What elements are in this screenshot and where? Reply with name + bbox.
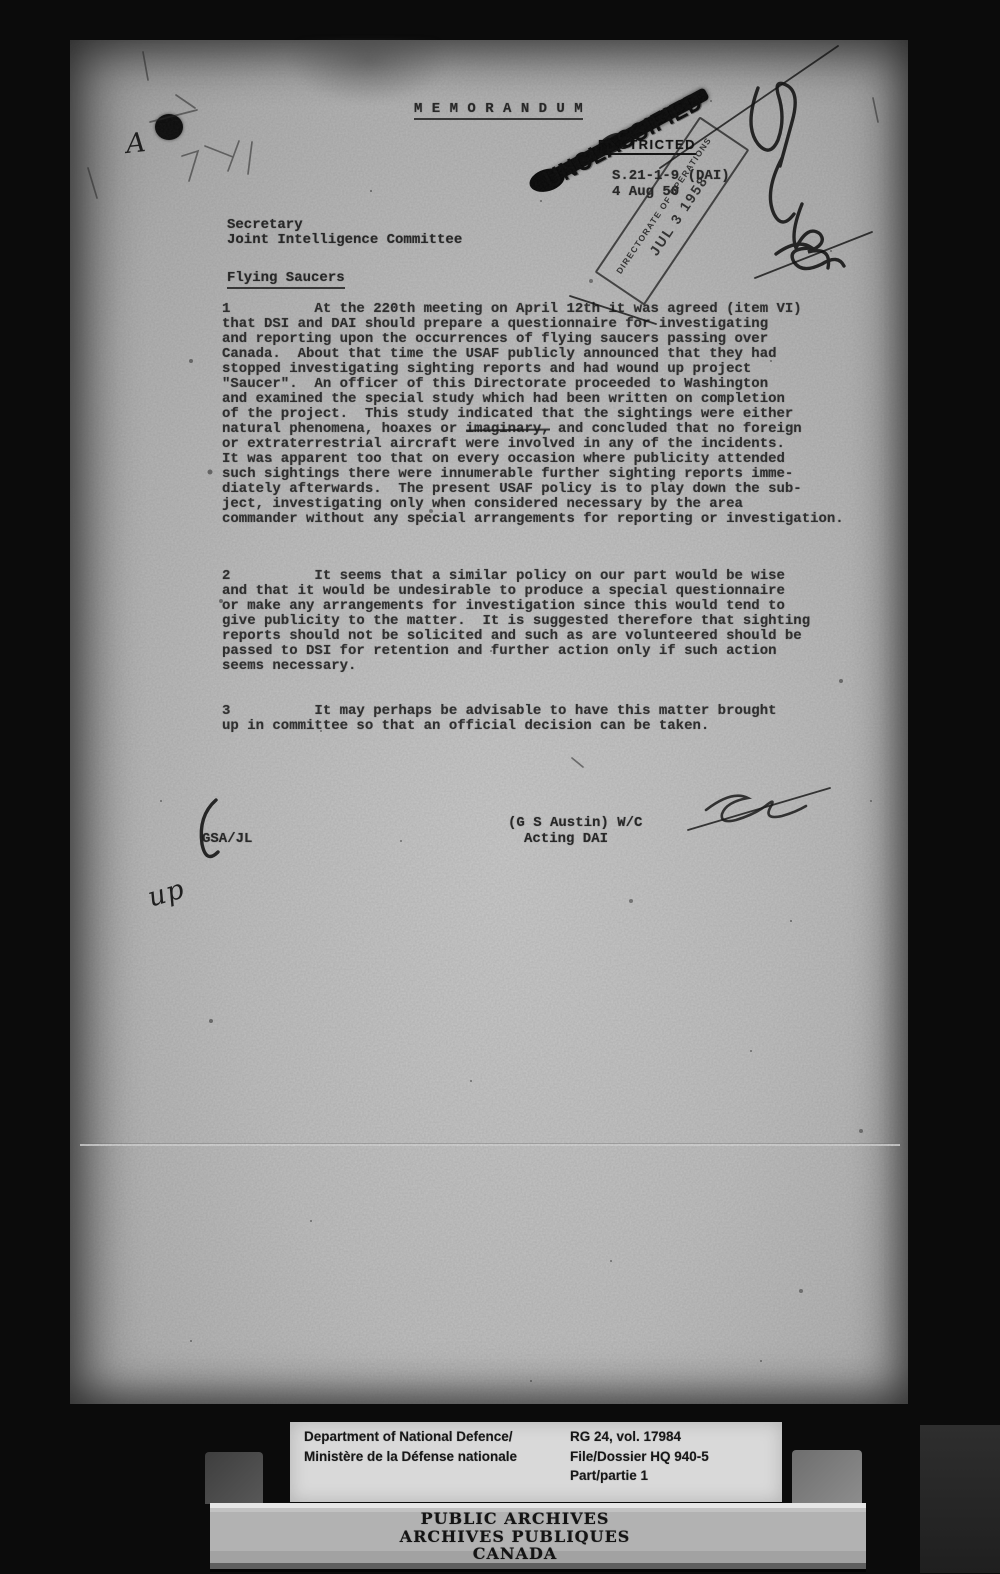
frame-corner-block (920, 1425, 1000, 1573)
band-line-en: PUBLIC ARCHIVES (235, 1510, 795, 1528)
press-clamp-right (792, 1450, 862, 1504)
handwritten-letter-a: A (124, 127, 147, 160)
handwritten-up-note: up (144, 874, 188, 914)
memo-paragraph: 2 It seems that a similar policy on our … (222, 569, 810, 674)
memo-body: 1 At the 220th meeting on April 12th it … (222, 40, 882, 1404)
press-clamp-left (205, 1452, 263, 1504)
band-line-country: CANADA (235, 1545, 795, 1563)
typist-initials: GSA/JL (202, 832, 252, 847)
public-archives-title: PUBLIC ARCHIVES ARCHIVES PUBLIQUES CANAD… (235, 1510, 795, 1563)
scanned-archive-frame: M E M O R A N D U M RESTRICTED UNCLASSIF… (0, 0, 1000, 1574)
memo-paragraph: 3 It may perhaps be advisable to have th… (222, 704, 777, 734)
band-line-fr: ARCHIVES PUBLIQUES (235, 1528, 795, 1546)
hole-punch-mark (155, 114, 183, 140)
signature-name: (G S Austin) W/C (508, 816, 642, 831)
archive-label-file-info: RG 24, vol. 17984 File/Dossier HQ 940-5 … (570, 1427, 709, 1486)
archive-label-card: Department of National Defence/ Ministèr… (290, 1422, 782, 1502)
archive-label-department: Department of National Defence/ Ministèr… (304, 1427, 517, 1466)
photocopy-speckles (70, 40, 72, 42)
memo-paragraph: 1 At the 220th meeting on April 12th it … (222, 302, 844, 527)
public-archives-band: PUBLIC ARCHIVES ARCHIVES PUBLIQUES CANAD… (210, 1503, 866, 1569)
signature-title: Acting DAI (524, 832, 608, 847)
document-page: M E M O R A N D U M RESTRICTED UNCLASSIF… (70, 40, 908, 1404)
